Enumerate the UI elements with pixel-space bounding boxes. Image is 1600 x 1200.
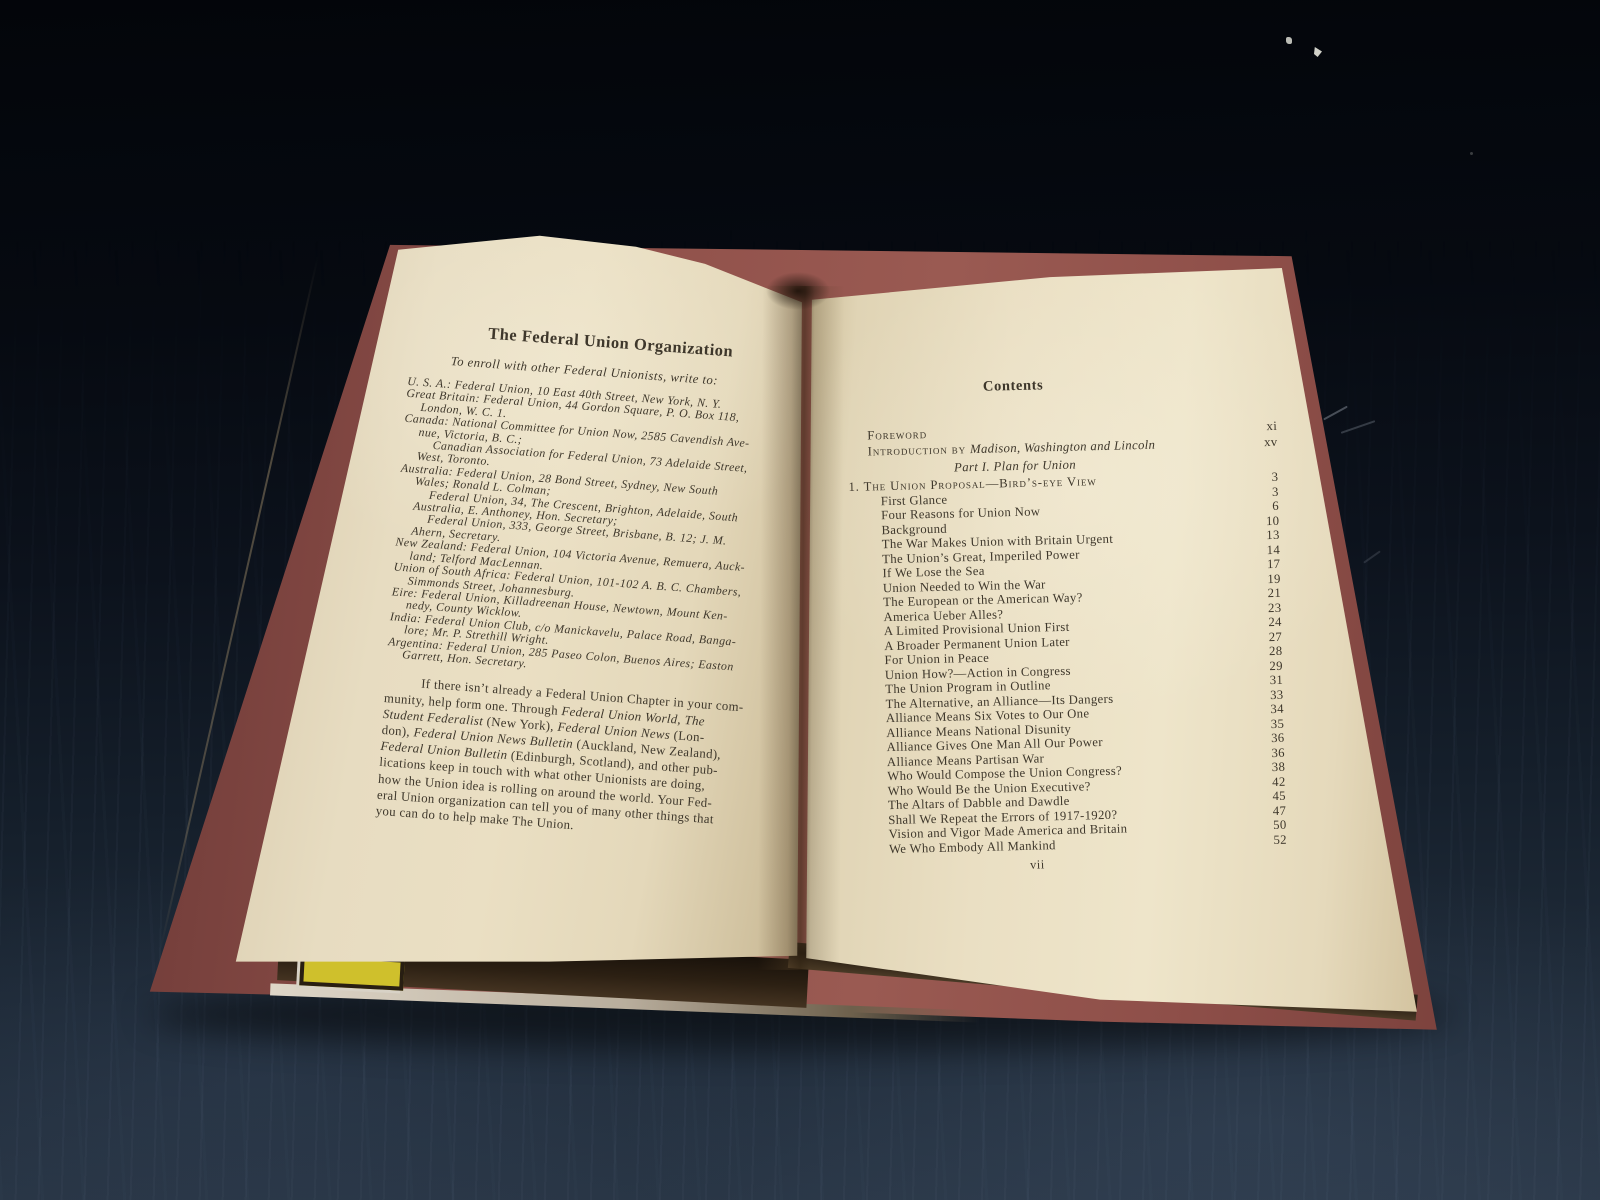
- contents-page-number: 6: [1245, 499, 1279, 514]
- contents-leader-space: [1155, 446, 1243, 448]
- contents-page-number: 23: [1247, 600, 1281, 615]
- contents-leader-space: [1117, 815, 1252, 818]
- dust-speck: [1286, 37, 1292, 44]
- contents-leader-space: [1113, 540, 1246, 543]
- contents-leader-space: [1122, 772, 1251, 775]
- contents-page-number: 3: [1244, 470, 1278, 485]
- contents-page-number: 24: [1248, 615, 1282, 630]
- contents-leader-space: [1056, 844, 1253, 849]
- contents-page-number: 3: [1245, 484, 1279, 499]
- contents-page-number: 19: [1247, 571, 1281, 586]
- address-list: U. S. A.: Federal Union, 10 East 40th St…: [387, 375, 807, 689]
- contents-page-number: 36: [1251, 745, 1285, 760]
- contents-page-number: 13: [1246, 528, 1280, 543]
- contents-page-number: 52: [1253, 832, 1287, 847]
- contents-entries: 1. The Union Proposal—Bird’s-eye View3Fi…: [848, 470, 1287, 857]
- photo-of-open-book: { "left_page": { "title": "The Federal U…: [0, 0, 1600, 1200]
- contents-page-number: 33: [1249, 687, 1283, 702]
- contents-page-number: xv: [1243, 434, 1277, 450]
- contents-page-number: 17: [1246, 557, 1280, 572]
- contents-leader-space: [1103, 743, 1251, 746]
- contents-leader-space: [1128, 830, 1253, 833]
- contents-page-number: 36: [1250, 731, 1284, 746]
- contents-page-number: 42: [1251, 774, 1285, 789]
- contents-page-number: 47: [1252, 803, 1286, 818]
- contents-page-number: xi: [1243, 419, 1277, 435]
- right-page-text: Contents ForewordxiIntroduction by Madis…: [846, 372, 1288, 877]
- contents-page-number: 45: [1252, 789, 1286, 804]
- contents-page-number: 29: [1249, 658, 1283, 673]
- contents-page-number: 14: [1246, 542, 1280, 557]
- contents-page-number: 21: [1247, 586, 1281, 601]
- contents-leader-space: [1097, 482, 1245, 485]
- chapter-paragraph: If there isn’t already a Federal Union C…: [375, 673, 785, 848]
- contents-page-number: 27: [1248, 629, 1282, 644]
- contents-page-number: 35: [1250, 716, 1284, 731]
- contents-page-number: 10: [1245, 513, 1279, 528]
- contents-page-number: 31: [1249, 673, 1283, 688]
- contents-page-number: 50: [1252, 818, 1286, 833]
- gutter-top-shadow: [766, 272, 830, 310]
- dust-speck: [1470, 152, 1473, 155]
- contents-page-number: 28: [1248, 644, 1282, 659]
- left-page-text: The Federal Union Organization To enroll…: [375, 318, 811, 848]
- contents-page-number: 34: [1250, 702, 1284, 717]
- contents-leader-space: [1113, 699, 1249, 702]
- contents-page-number: 38: [1251, 760, 1285, 775]
